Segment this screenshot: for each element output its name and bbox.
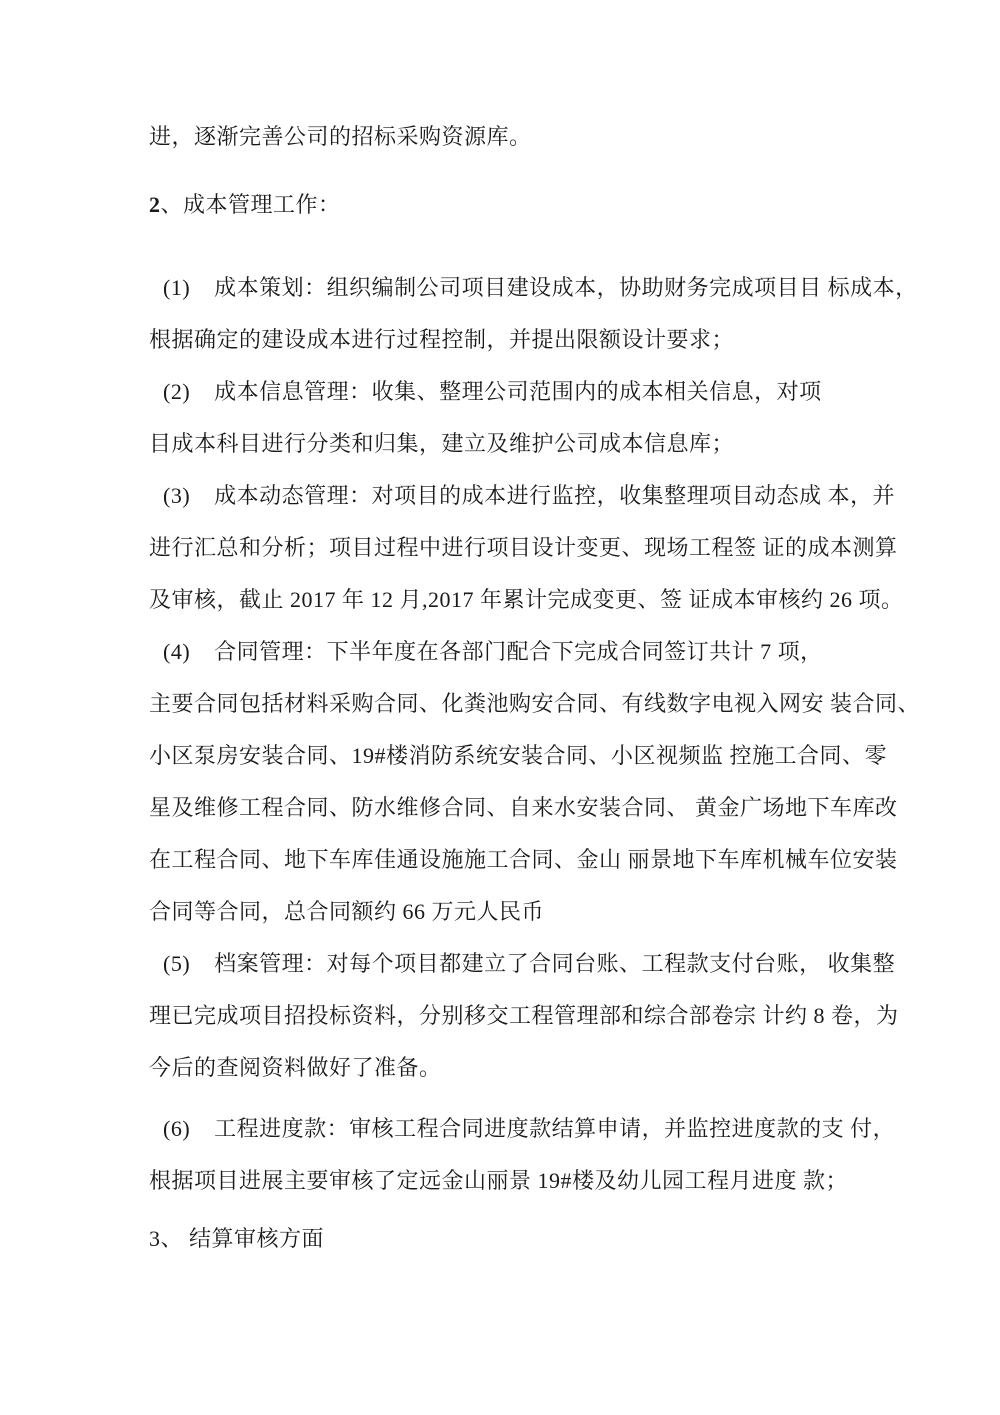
item-4-line-1: (4) 合同管理：下半年度在各部门配合下完成合同签订共计 7 项， <box>149 626 945 678</box>
document-page: 进，逐渐完善公司的招标采购资源库。 2、成本管理工作： (1) 成本策划：组织编… <box>0 0 1000 1415</box>
heading-text: 、成本管理工作： <box>161 192 341 217</box>
item-1-line-2: 根据确定的建设成本进行过程控制，并提出限额设计要求； <box>149 314 945 366</box>
item-6-line-2: 根据项目进展主要审核了定远金山丽景 19#楼及幼儿园工程月进度 款； <box>149 1155 945 1207</box>
item-5-line-3: 今后的查阅资料做好了准备。 <box>149 1042 945 1094</box>
body-line-intro: 进，逐渐完善公司的招标采购资源库。 <box>149 111 945 163</box>
item-3-line-3: 及审核，截止 2017 年 12 月,2017 年累计完成变更、签 证成本审核约… <box>149 574 945 626</box>
item-6-line-1: (6) 工程进度款：审核工程合同进度款结算申请，并监控进度款的支 付， <box>149 1103 945 1155</box>
item-5-line-2: 理已完成项目招投标资料，分别移交工程管理部和综合部卷宗 计约 8 卷，为 <box>149 990 945 1042</box>
item-4-line-3: 小区泵房安装合同、19#楼消防系统安装合同、小区视频监 控施工合同、零 <box>149 730 945 782</box>
item-2-line-1: (2) 成本信息管理：收集、整理公司范围内的成本相关信息，对项 <box>149 366 945 418</box>
item-4-line-5: 在工程合同、地下车库佳通设施施工合同、金山 丽景地下车库机械车位安装 <box>149 834 945 886</box>
item-4-line-2: 主要合同包括材料采购合同、化粪池购安合同、有线数字电视入网安 装合同、 <box>149 678 945 730</box>
item-4-line-4: 星及维修工程合同、防水维修合同、自来水安装合同、 黄金广场地下车库改 <box>149 782 945 834</box>
item-4-line-6: 合同等合同，总合同额约 66 万元人民币 <box>149 886 945 938</box>
section-heading-3: 3、 结算审核方面 <box>149 1213 945 1265</box>
item-3-line-1: (3) 成本动态管理：对项目的成本进行监控，收集整理项目动态成 本，并 <box>149 470 945 522</box>
item-5-line-1: (5) 档案管理：对每个项目都建立了合同台账、工程款支付台账， 收集整 <box>149 938 945 990</box>
heading-number: 2 <box>149 192 161 217</box>
item-2-line-2: 目成本科目进行分类和归集，建立及维护公司成本信息库； <box>149 418 945 470</box>
section-heading-2: 2、成本管理工作： <box>149 179 945 231</box>
item-1-line-1: (1) 成本策划：组织编制公司项目建设成本，协助财务完成项目目 标成本， <box>149 262 945 314</box>
item-3-line-2: 进行汇总和分析；项目过程中进行项目设计变更、现场工程签 证的成本测算 <box>149 522 945 574</box>
